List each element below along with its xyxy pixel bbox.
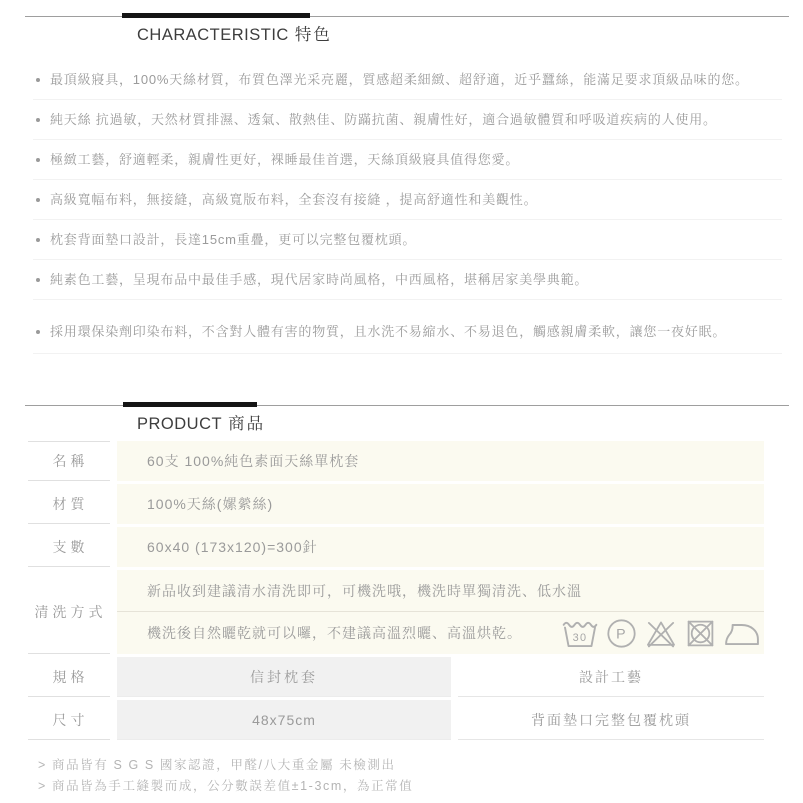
row-value-thread-count: 60x40 (173x120)=300針 bbox=[117, 527, 764, 567]
table-row: 名稱 60支 100%純色素面天絲單枕套 bbox=[28, 441, 764, 481]
feature-text: 極緻工藝，舒適輕柔，親膚性更好，裸睡最佳首選，天絲頂級寢具值得您愛。 bbox=[50, 152, 519, 167]
feature-text: 純素色工藝，呈現布品中最佳手感，現代居家時尚風格，中西風格，堪稱居家美學典範。 bbox=[50, 272, 588, 287]
product-header: PRODUCT商品 bbox=[0, 354, 803, 438]
table-row: 支數 60x40 (173x120)=300針 bbox=[28, 527, 764, 567]
feature-item: 高級寬幅布料，無接縫，高級寬版布料，全套沒有接縫 ，提高舒適性和美觀性。 bbox=[33, 180, 782, 220]
size-left-cell: 48x75cm bbox=[117, 700, 451, 740]
bullet-dot-icon bbox=[36, 278, 40, 282]
bullet-dot-icon bbox=[36, 238, 40, 242]
footnote-line: > 商品皆為手工縫製而成，公分數誤差值±1-3cm，為正常值 bbox=[38, 776, 803, 797]
bullet-dot-icon bbox=[36, 118, 40, 122]
row-label-spec: 規格 bbox=[28, 657, 110, 697]
feature-text: 高級寬幅布料，無接縫，高級寬版布料，全套沒有接縫 ，提高舒適性和美觀性。 bbox=[50, 192, 537, 207]
footnotes: > 商品皆有 S G S 國家認證，甲醛/八大重金屬 未檢測出 > 商品皆為手工… bbox=[38, 755, 803, 797]
feature-item: 最頂級寢具，100%天絲材質，布質色澤光采亮麗，質感超柔細緻、超舒適，近乎蠶絲，… bbox=[33, 60, 782, 100]
bullet-dot-icon bbox=[36, 198, 40, 202]
table-row: 清洗方式 新品收到建議清水清洗即可，可機洗哦，機洗時單獨清洗、低水溫 機洗後自然… bbox=[28, 570, 764, 654]
characteristic-title-en: CHARACTERISTIC bbox=[137, 26, 289, 44]
feature-item: 純素色工藝，呈現布品中最佳手感，現代居家時尚風格，中西風格，堪稱居家美學典範。 bbox=[33, 260, 782, 300]
product-spec-table: 名稱 60支 100%純色素面天絲單枕套 材質 100%天絲(嫘縈絲) 支數 6… bbox=[21, 438, 771, 743]
table-row: 材質 100%天絲(嫘縈絲) bbox=[28, 484, 764, 524]
product-title-en: PRODUCT bbox=[137, 415, 222, 433]
spec-right-cell: 設計工藝 bbox=[458, 657, 764, 697]
row-label-material: 材質 bbox=[28, 484, 110, 524]
washing-line-1: 新品收到建議清水清洗即可，可機洗哦，機洗時單獨清洗、低水溫 bbox=[117, 570, 764, 612]
svg-text:30: 30 bbox=[573, 632, 588, 644]
dry-clean-p-icon: P bbox=[606, 618, 637, 649]
table-row: 規格 信封枕套 設計工藝 bbox=[28, 657, 764, 697]
feature-text: 最頂級寢具，100%天絲材質，布質色澤光采亮麗，質感超柔細緻、超舒適，近乎蠶絲，… bbox=[50, 72, 749, 87]
washing-line-2: 機洗後自然曬乾就可以囉，不建議高溫烈曬、高溫烘乾。 30 P bbox=[117, 612, 764, 654]
no-bleach-icon bbox=[645, 618, 677, 649]
row-value-material: 100%天絲(嫘縈絲) bbox=[117, 484, 764, 524]
feature-text: 採用環保染劑印染布料，不含對人體有害的物質，且水洗不易縮水、不易退色，觸感親膚柔… bbox=[50, 324, 726, 339]
feature-text: 枕套背面墊口設計，長達15cm重疊，更可以完整包覆枕頭。 bbox=[50, 232, 416, 247]
size-right-cell: 背面墊口完整包覆枕頭 bbox=[458, 700, 764, 740]
washing-line-1-text: 新品收到建議清水清洗即可，可機洗哦，機洗時單獨清洗、低水溫 bbox=[147, 581, 582, 601]
laundry-care-icons: 30 P bbox=[562, 618, 764, 649]
row-label-washing: 清洗方式 bbox=[28, 570, 110, 654]
spec-left-cell: 信封枕套 bbox=[117, 657, 451, 697]
iron-icon bbox=[724, 619, 760, 647]
row-label-size: 尺寸 bbox=[28, 700, 110, 740]
feature-item: 採用環保染劑印染布料，不含對人體有害的物質，且水洗不易縮水、不易退色，觸感親膚柔… bbox=[33, 300, 782, 354]
feature-item: 純天絲 抗過敏，天然材質排濕、透氣、散熱佳、防蹣抗菌、親膚性好，適合過敏體質和呼… bbox=[33, 100, 782, 140]
washing-line-2-text: 機洗後自然曬乾就可以囉，不建議高溫烈曬、高溫烘乾。 bbox=[147, 623, 522, 643]
row-label-thread-count: 支數 bbox=[28, 527, 110, 567]
table-row: 尺寸 48x75cm 背面墊口完整包覆枕頭 bbox=[28, 700, 764, 740]
header-accent-bar bbox=[123, 402, 257, 407]
header-accent-bar bbox=[122, 13, 310, 18]
bullet-dot-icon bbox=[36, 158, 40, 162]
row-value-washing: 新品收到建議清水清洗即可，可機洗哦，機洗時單獨清洗、低水溫 機洗後自然曬乾就可以… bbox=[117, 570, 764, 654]
svg-text:P: P bbox=[616, 626, 627, 642]
feature-text: 純天絲 抗過敏，天然材質排濕、透氣、散熱佳、防蹣抗菌、親膚性好，適合過敏體質和呼… bbox=[50, 112, 717, 127]
feature-item: 枕套背面墊口設計，長達15cm重疊，更可以完整包覆枕頭。 bbox=[33, 220, 782, 260]
row-label-name: 名稱 bbox=[28, 441, 110, 481]
feature-item: 極緻工藝，舒適輕柔，親膚性更好，裸睡最佳首選，天絲頂級寢具值得您愛。 bbox=[33, 140, 782, 180]
row-value-name: 60支 100%純色素面天絲單枕套 bbox=[117, 441, 764, 481]
characteristic-title: CHARACTERISTIC特色 bbox=[137, 21, 332, 45]
characteristic-title-zh: 特色 bbox=[295, 26, 332, 44]
no-tumble-dry-icon bbox=[685, 618, 716, 649]
product-title-zh: 商品 bbox=[228, 415, 265, 433]
characteristic-header: CHARACTERISTIC特色 bbox=[0, 0, 803, 60]
footnote-line: > 商品皆有 S G S 國家認證，甲醛/八大重金屬 未檢測出 bbox=[38, 755, 803, 776]
wash-30-icon: 30 bbox=[562, 618, 598, 648]
product-title: PRODUCT商品 bbox=[137, 410, 265, 434]
bullet-dot-icon bbox=[36, 330, 40, 334]
feature-list: 最頂級寢具，100%天絲材質，布質色澤光采亮麗，質感超柔細緻、超舒適，近乎蠶絲，… bbox=[33, 60, 782, 354]
bullet-dot-icon bbox=[36, 78, 40, 82]
